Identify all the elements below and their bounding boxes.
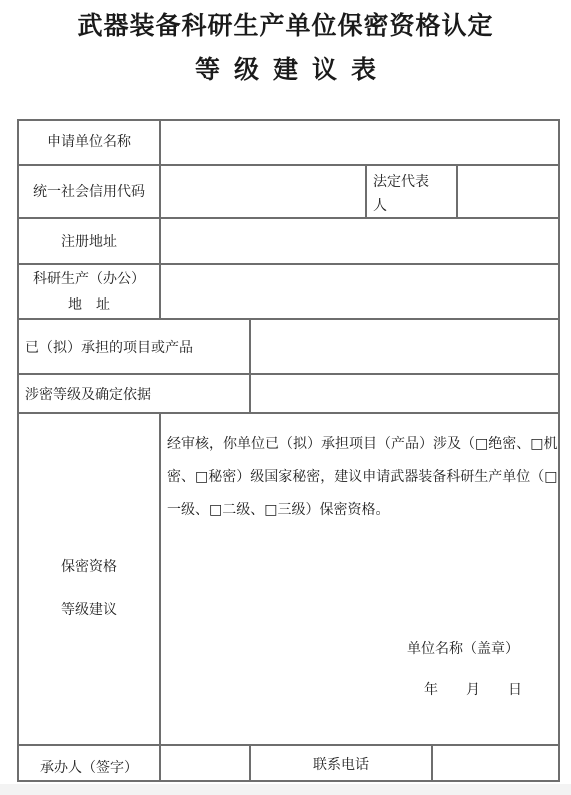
applicant-name-label: 申请单位名称 [19, 132, 159, 152]
applicant-name-field[interactable] [161, 121, 558, 164]
table-border-bottom [17, 780, 560, 782]
date-label: 年 月 日 [424, 680, 522, 700]
projects-label: 已（拟）承担的项目或产品 [25, 338, 193, 358]
col-divider [159, 412, 161, 782]
phone-label: 联系电话 [251, 755, 431, 775]
phone-field[interactable] [433, 746, 558, 780]
secrecy-level-label: 涉密等级及确定依据 [25, 385, 151, 405]
office-address-label-line1: 科研生产（办公） [19, 269, 159, 289]
table-border-left [17, 119, 19, 782]
recommendation-paragraph: 经审核，你单位已（拟）承担项目（产品）涉及（□绝密、□机密、□秘密）级国家秘密，… [167, 428, 559, 527]
registered-address-label: 注册地址 [19, 232, 159, 252]
recommendation-label-line1: 保密资格 [19, 557, 159, 577]
projects-field[interactable] [251, 320, 558, 373]
handler-label: 承办人（签字） [19, 758, 159, 778]
secrecy-level-field[interactable] [251, 375, 558, 412]
legal-rep-label-line2: 人 [373, 196, 387, 216]
col-divider [365, 164, 367, 218]
office-address-field[interactable] [161, 265, 558, 318]
credit-code-label: 统一社会信用代码 [19, 182, 159, 202]
seal-label: 单位名称（盖章） [407, 639, 519, 659]
row-divider [17, 412, 560, 414]
recommendation-label-line2: 等级建议 [19, 600, 159, 620]
document-title: 武器装备科研生产单位保密资格认定 [0, 6, 571, 42]
credit-code-field[interactable] [161, 166, 365, 217]
legal-rep-label-line1: 法定代表 [373, 172, 429, 192]
legal-rep-field[interactable] [458, 166, 558, 217]
office-address-label-line2: 地 址 [19, 295, 159, 315]
handler-signature-field[interactable] [161, 746, 249, 780]
registered-address-field[interactable] [161, 219, 558, 263]
document-subtitle: 等级建议表 [0, 50, 571, 86]
page-bottom-margin [0, 784, 571, 795]
